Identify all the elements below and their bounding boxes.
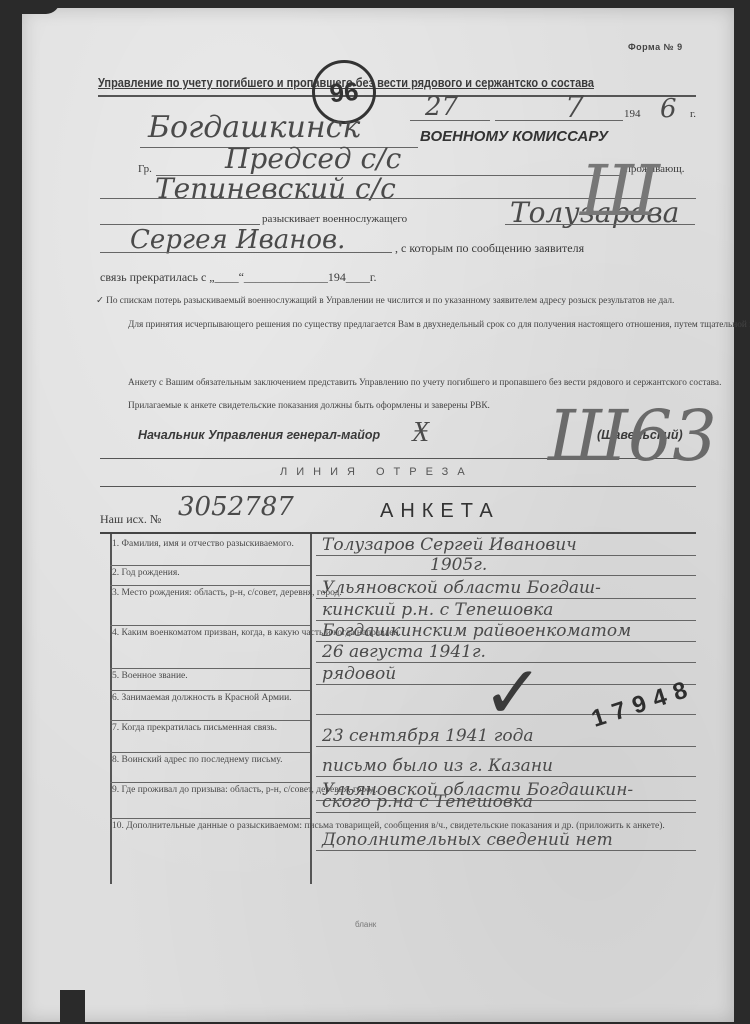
question-answer: 26 августа 1941г. xyxy=(322,642,486,662)
question-answer: рядовой xyxy=(322,664,396,684)
answer-line xyxy=(316,812,696,813)
row-divider xyxy=(110,818,310,819)
signature-title: Начальник Управления генерал-майор xyxy=(138,428,380,442)
question-label: 5. Военное звание. xyxy=(112,671,308,682)
question-label: 3. Место рождения: область, р-н, с/совет… xyxy=(112,588,308,599)
answer-line xyxy=(316,746,696,747)
signature-scribble: Ӿ xyxy=(412,415,429,449)
row-divider xyxy=(110,690,310,691)
cut-line-label: ЛИНИЯ ОТРЕЗА xyxy=(280,466,474,478)
row-divider xyxy=(110,585,310,586)
question-answer: 1905г. xyxy=(430,555,487,575)
searching-label: разыскивает военнослужащего xyxy=(262,213,407,225)
answer-line xyxy=(316,598,696,599)
questionnaire-title: АНКЕТА xyxy=(380,500,500,523)
question-answer: Ульяновской области Богдаш- xyxy=(322,578,601,598)
question-answer: Дополнительных сведений нет xyxy=(322,830,613,850)
torn-corner xyxy=(0,0,60,14)
citizen-value-line1: Председ с/с xyxy=(225,142,401,175)
answer-line xyxy=(316,575,696,576)
row-divider xyxy=(110,782,310,783)
answer-line xyxy=(316,555,696,556)
question-label: 2. Год рождения. xyxy=(112,568,308,579)
paragraph-1: ✓ По спискам потерь разыскиваемый военно… xyxy=(96,296,700,308)
row-divider xyxy=(110,565,310,566)
date-day: 27 xyxy=(425,92,458,122)
question-answer: кинский р.н. с Тепешовка xyxy=(322,600,553,620)
question-label: 6. Занимаемая должность в Красной Армии. xyxy=(112,693,308,704)
torn-corner xyxy=(60,990,85,1024)
with-whom-text: , с которым по сообщению заявителя xyxy=(395,241,584,256)
question-label: 8. Воинский адрес по последнему письму. xyxy=(112,755,308,766)
paragraph-2: Для принятия исчерпывающего решения по с… xyxy=(96,320,700,332)
row-divider xyxy=(110,625,310,626)
outgoing-label: Наш исх. № xyxy=(100,512,161,527)
lost-contact-text: связь прекратилась с „____“_____________… xyxy=(100,270,377,285)
question-answer: письмо было из г. Казани xyxy=(322,756,553,776)
date-year-unit: г. xyxy=(690,108,696,120)
question-label: 9. Где проживал до призыва: область, р-н… xyxy=(112,785,308,796)
question-label: 1. Фамилия, имя и отчество разыскиваемог… xyxy=(112,539,308,550)
pencil-mark-top: Ш xyxy=(580,150,660,232)
pencil-reference-mark: Ш63 xyxy=(548,395,717,477)
date-year-suffix: 6 xyxy=(660,94,677,124)
answer-line xyxy=(316,776,696,777)
question-answer: Богдашкинским райвоенкоматом xyxy=(322,621,631,641)
citizen-value-line2: Тепиневский с/с xyxy=(155,172,396,205)
check-mark-icon: ✓ xyxy=(482,650,544,736)
question-label: 4. Каким военкоматом призван, когда, в к… xyxy=(112,628,308,639)
addressee-title: ВОЕННОМУ КОМИССАРУ xyxy=(420,128,608,145)
row-divider xyxy=(110,752,310,753)
form-number: Форма № 9 xyxy=(628,42,683,52)
question-label: 7. Когда прекратилась письменная связь. xyxy=(112,723,308,734)
question-label: 10. Дополнительные данные о разыскиваемо… xyxy=(112,821,308,832)
row-divider xyxy=(110,668,310,669)
addressee-district: Богдашкинск xyxy=(148,110,360,145)
date-year-prefix: 194 xyxy=(624,108,641,120)
blank-mark: бланк xyxy=(355,920,376,929)
question-answer: Толузаров Сергей Иванович xyxy=(322,535,577,555)
citizen-label: Гр. xyxy=(138,163,152,175)
searched-names: Сергея Иванов. xyxy=(130,225,345,255)
row-divider xyxy=(110,720,310,721)
question-answer: ского р.на с Тепешовка xyxy=(322,792,533,812)
header-rule xyxy=(98,95,696,97)
paragraph-3: Анкету с Вашим обязательным заключением … xyxy=(96,378,700,390)
answer-line xyxy=(316,850,696,851)
outgoing-number: 3052787 xyxy=(178,492,294,522)
